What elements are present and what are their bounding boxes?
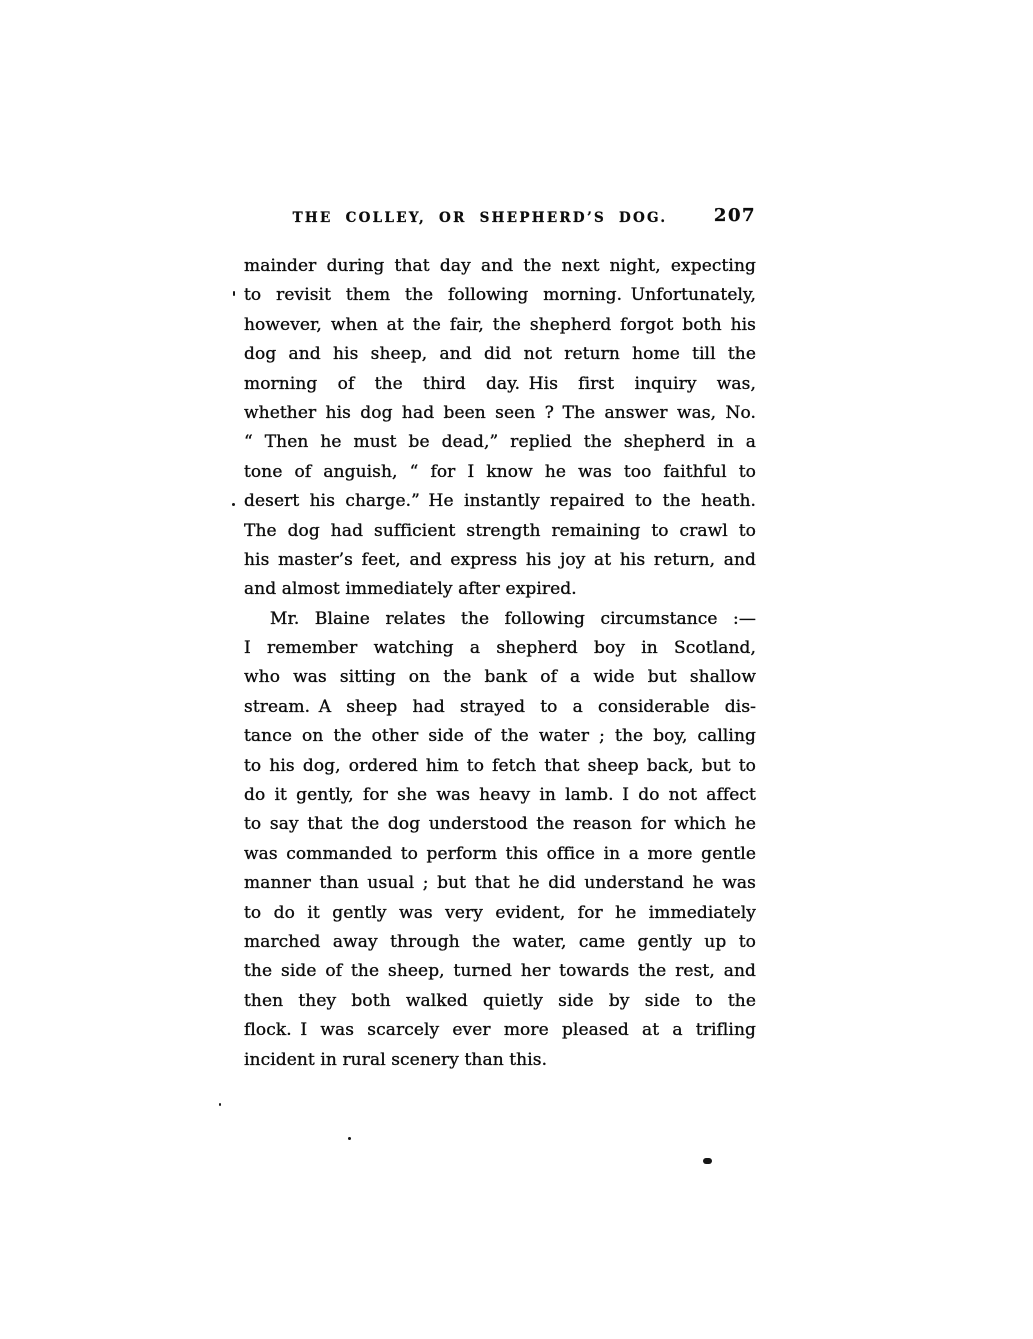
text-block: mainder during that day and the next nig… — [244, 252, 756, 1075]
text-line: desert his charge.” He instantly repaire… — [244, 487, 756, 516]
ink-speck — [232, 503, 235, 506]
text-line: to do it gently was very evident, for he… — [244, 899, 756, 928]
text-line: who was sitting on the bank of a wide bu… — [244, 663, 756, 692]
ink-speck — [233, 291, 235, 296]
running-header: THE COLLEY, OR SHEPHERD’S DOG. 207 — [244, 207, 756, 233]
ink-speck — [348, 1137, 351, 1140]
text-line: tone of anguish, “ for I know he was too… — [244, 458, 756, 487]
text-line: his master’s feet, and express his joy a… — [244, 546, 756, 575]
text-line: “ Then he must be dead,” replied the she… — [244, 428, 756, 457]
text-line: to say that the dog understood the reaso… — [244, 810, 756, 839]
page-number: 207 — [714, 205, 756, 226]
running-header-title: THE COLLEY, OR SHEPHERD’S DOG. — [244, 210, 716, 226]
scanned-book-page: THE COLLEY, OR SHEPHERD’S DOG. 207 maind… — [0, 0, 1033, 1339]
text-line: however, when at the fair, the shepherd … — [244, 311, 756, 340]
text-line: manner than usual ; but that he did unde… — [244, 869, 756, 898]
text-line: flock. I was scarcely ever more pleased … — [244, 1016, 756, 1045]
text-line: dog and his sheep, and did not return ho… — [244, 340, 756, 369]
text-line: do it gently, for she was heavy in lamb.… — [244, 781, 756, 810]
ink-speck — [219, 1103, 221, 1106]
text-line: and almost immediately after expired. — [244, 575, 756, 604]
text-line: incident in rural scenery than this. — [244, 1046, 756, 1075]
text-line: was commanded to perform this office in … — [244, 840, 756, 869]
text-line: morning of the third day. His first inqu… — [244, 370, 756, 399]
text-line: marched away through the water, came gen… — [244, 928, 756, 957]
text-line: whether his dog had been seen ? The answ… — [244, 399, 756, 428]
text-line: then they both walked quietly side by si… — [244, 987, 756, 1016]
ink-speck — [703, 1158, 712, 1164]
text-line: stream. A sheep had strayed to a conside… — [244, 693, 756, 722]
text-line: the side of the sheep, turned her toward… — [244, 957, 756, 986]
text-line: I remember watching a shepherd boy in Sc… — [244, 634, 756, 663]
text-line: tance on the other side of the water ; t… — [244, 722, 756, 751]
text-line: Mr. Blaine relates the following circums… — [244, 605, 756, 634]
text-line: The dog had sufficient strength remainin… — [244, 517, 756, 546]
text-line: to revisit them the following morning. U… — [244, 281, 756, 310]
text-line: to his dog, ordered him to fetch that sh… — [244, 752, 756, 781]
text-line: mainder during that day and the next nig… — [244, 252, 756, 281]
